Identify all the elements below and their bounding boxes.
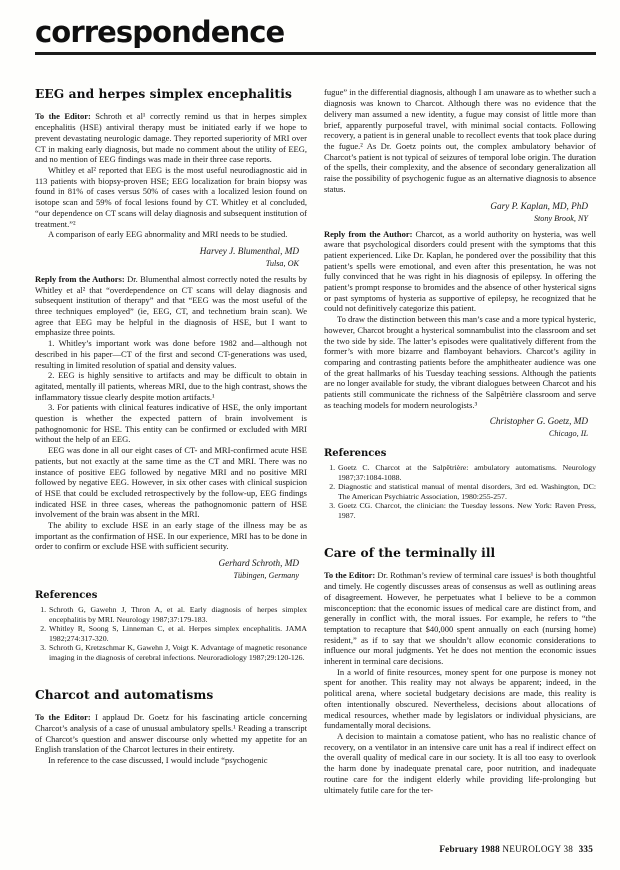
- letter1-reply-point-3: 3. For patients with clinical features i…: [35, 402, 307, 445]
- reference-item: Schroth G, Gawehn J, Thron A, et al. Ear…: [48, 605, 307, 624]
- reference-item: Schroth G, Kretzschmar K, Gawehn J, Voig…: [48, 643, 307, 662]
- letter1-reply-point-1: 1. Whitley’s important work was done bef…: [35, 338, 307, 370]
- reference-item: Goetz CG. Charcot, the clinician: the Tu…: [337, 501, 596, 520]
- signature-block: Harvey J. Blumenthal, MD Tulsa, OK: [35, 246, 299, 269]
- signature-location: Chicago, IL: [324, 429, 588, 439]
- paragraph-text: Dr. Rothman’s review of terminal care is…: [324, 570, 596, 666]
- page-footer: February 1988 NEUROLOGY 38 335: [439, 844, 593, 854]
- right-column: fugue” in the differential diagnosis, al…: [324, 87, 596, 795]
- journal-correspondence-page: correspondence EEG and herpes simplex en…: [0, 0, 620, 870]
- paragraph-text: Charcot, as a world authority on hysteri…: [324, 229, 596, 314]
- letter2-reply-paragraph-1: Reply from the Author: Charcot, as a wor…: [324, 229, 596, 315]
- signature-block: Christopher G. Goetz, MD Chicago, IL: [324, 416, 588, 439]
- reply-lead: Reply from the Authors:: [35, 274, 125, 284]
- letter1-heading: EEG and herpes simplex encephalitis: [35, 87, 307, 101]
- letter1-reply-point-2: 2. EEG is highly sensitive to artifacts …: [35, 370, 307, 402]
- reference-item: Diagnostic and statistical manual of men…: [337, 482, 596, 501]
- salutation: To the Editor:: [35, 712, 91, 722]
- reference-list: Goetz C. Charcot at the Salpêtrière: amb…: [324, 463, 596, 520]
- letter1-reply-paragraph-2: EEG was done in all our eight cases of C…: [35, 445, 307, 520]
- letter2-heading: Charcot and automatisms: [35, 688, 307, 702]
- masthead-rule: [35, 52, 596, 55]
- masthead: correspondence: [35, 16, 596, 55]
- letter3-paragraph-1: To the Editor: Dr. Rothman’s review of t…: [324, 570, 596, 666]
- salutation: To the Editor:: [35, 111, 91, 121]
- letter3-heading: Care of the terminally ill: [324, 546, 596, 560]
- letter2-paragraph-2: In reference to the case discussed, I wo…: [35, 755, 307, 766]
- text-columns: EEG and herpes simplex encephalitis To t…: [35, 87, 596, 795]
- reference-item: Whitley R, Soong S, Linneman C, et al. H…: [48, 624, 307, 643]
- letter1-reply-paragraph-1: Reply from the Authors: Dr. Blumenthal a…: [35, 274, 307, 338]
- signature-name: Gary P. Kaplan, MD, PhD: [324, 201, 588, 212]
- signature-location: Tulsa, OK: [35, 259, 299, 269]
- signature-name: Gerhard Schroth, MD: [35, 558, 299, 569]
- letter2-reply-paragraph-2: To draw the distinction between this man…: [324, 314, 596, 410]
- signature-name: Christopher G. Goetz, MD: [324, 416, 588, 427]
- footer-journal-volume: NEUROLOGY 38: [502, 844, 573, 854]
- reference-list: Schroth G, Gawehn J, Thron A, et al. Ear…: [35, 605, 307, 662]
- signature-location: Tübingen, Germany: [35, 571, 299, 581]
- letter3-paragraph-2: In a world of finite resources, money sp…: [324, 667, 596, 731]
- letter3-paragraph-3: A decision to maintain a comatose patien…: [324, 731, 596, 795]
- references-heading: References: [324, 448, 596, 459]
- footer-page-number: 335: [579, 844, 593, 854]
- letter2-continuation-paragraph: fugue” in the differential diagnosis, al…: [324, 87, 596, 194]
- page-title: correspondence: [35, 16, 596, 48]
- letter1-paragraph-1: To the Editor: Schroth et al¹ correctly …: [35, 111, 307, 165]
- reference-item: Goetz C. Charcot at the Salpêtrière: amb…: [337, 463, 596, 482]
- letter1-paragraph-3: A comparison of early EEG abnormality an…: [35, 229, 307, 240]
- signature-location: Stony Brook, NY: [324, 214, 588, 224]
- salutation: To the Editor:: [324, 570, 375, 580]
- references-heading: References: [35, 590, 307, 601]
- signature-block: Gary P. Kaplan, MD, PhD Stony Brook, NY: [324, 201, 588, 224]
- reply-lead: Reply from the Author:: [324, 229, 412, 239]
- signature-block: Gerhard Schroth, MD Tübingen, Germany: [35, 558, 299, 581]
- letter1-reply-paragraph-3: The ability to exclude HSE in an early s…: [35, 520, 307, 552]
- left-column: EEG and herpes simplex encephalitis To t…: [35, 87, 307, 795]
- footer-issue-date: February 1988: [439, 844, 500, 854]
- signature-name: Harvey J. Blumenthal, MD: [35, 246, 299, 257]
- letter1-paragraph-2: Whitley et al² reported that EEG is the …: [35, 165, 307, 229]
- letter2-paragraph-1: To the Editor: I applaud Dr. Goetz for h…: [35, 712, 307, 755]
